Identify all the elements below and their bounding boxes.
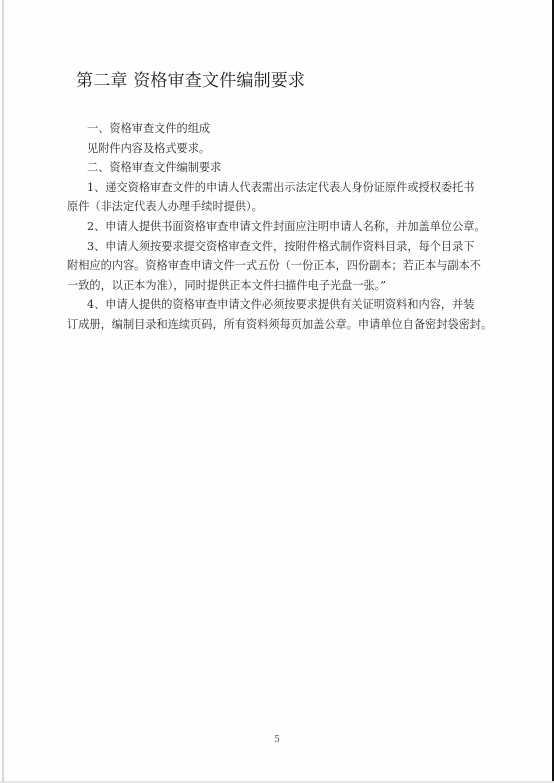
chapter-title: 第二章 资格审查文件编制要求 (76, 66, 305, 91)
page-left-edge (2, 0, 4, 783)
paragraph-line: 一致的，以正本为准），同时提供正本文件扫描件电子光盘一张。” (67, 276, 491, 296)
paragraph-line: 原件（非法定代表人办理手续时提供）。 (67, 197, 491, 217)
paragraph-line: 1、递交资格审查文件的申请人代表需出示法定代表人身份证原件或授权委托书 (67, 178, 491, 198)
document-body: 一、资格审查文件的组成 见附件内容及格式要求。 二、资格审查文件编制要求 1、递… (67, 119, 491, 335)
page-number: 5 (0, 735, 554, 745)
paragraph-line: 3、申请人须按要求提交资格审查文件，按附件格式制作资料目录，每个目录下 (67, 237, 491, 257)
section-heading-composition: 一、资格审查文件的组成 (67, 119, 491, 139)
paragraph-line: 4、申请人提供的资格审查申请文件必须按要求提供有关证明资料和内容，并装 (67, 295, 491, 315)
paragraph-line: 见附件内容及格式要求。 (67, 139, 491, 159)
paragraph-line: 2、申请人提供书面资格审查申请文件封面应注明申请人名称，并加盖单位公章。 (67, 217, 491, 237)
document-page: 第二章 资格审查文件编制要求 一、资格审查文件的组成 见附件内容及格式要求。 二… (0, 0, 554, 783)
paragraph-line: 附相应的内容。资格审查申请文件一式五份（一份正本，四份副本；若正本与副本不 (67, 256, 491, 276)
section-heading-requirements: 二、资格审查文件编制要求 (67, 158, 491, 178)
paragraph-line: 订成册，编制目录和连续页码，所有资料须每页加盖公章。申请单位自备密封袋密封。 (67, 315, 491, 335)
